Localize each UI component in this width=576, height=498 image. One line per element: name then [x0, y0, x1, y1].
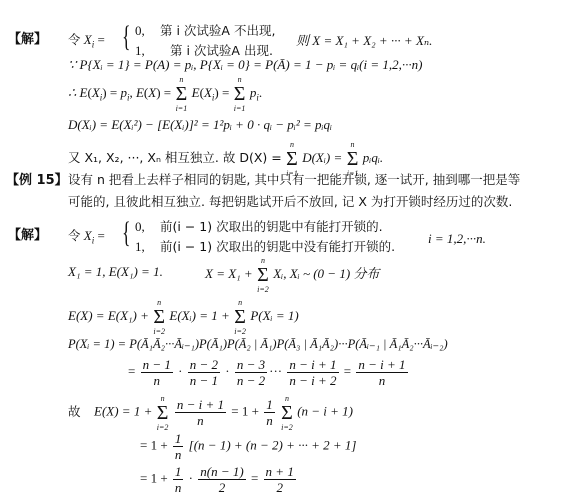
sum-symbol: nΣi=2: [156, 403, 170, 423]
sum-symbol: nΣi=1: [285, 149, 299, 169]
example-text-line1: 设有 n 把看上去样子相同的钥匙, 其中只有一把能开锁, 逐一试开, 抽到哪一把…: [68, 174, 520, 187]
expectation-line: ∴ E(Xi) = pi, E(X) = nΣi=1 E(Xi) = nΣi=1…: [68, 84, 262, 104]
fraction: n − 3n − 2: [235, 358, 267, 387]
result-term: pᵢqᵢ.: [363, 150, 383, 165]
let-word: 令: [68, 228, 81, 243]
case-1: 1, 前(i − 1) 次取出的钥匙中没有能打开锁的.: [135, 240, 395, 254]
case-value: 0,: [135, 23, 145, 38]
final-expectation-line1: E(X) = 1 + nΣi=2 n − i + 1n = 1 + 1n nΣi…: [94, 398, 353, 427]
sum-symbol: nΣi=2: [256, 265, 270, 285]
equals-one-plus: = 1 +: [140, 437, 168, 452]
case-text: 前(i − 1) 次取出的钥匙中没有能打开锁的.: [160, 239, 395, 254]
arithmetic-series: [(n − 1) + (n − 2) + ··· + 2 + 1]: [189, 437, 357, 452]
fraction: n − i + 1n: [175, 398, 226, 427]
case-value: 1,: [135, 43, 145, 58]
sum-symbol: nΣi=1: [346, 149, 360, 169]
let-word: 令: [68, 32, 81, 47]
therefore-word: 故: [68, 406, 81, 419]
probability-chain: P(Xᵢ = 1) = P(Ā₁Ā₂···Āᵢ₋₁)P(Ā₁)P(Ā₂ | Ā₁…: [68, 338, 448, 351]
independence-text: 又 X₁, X₂, ···, Xₙ 相互独立. 故 D(X) =: [68, 150, 282, 165]
fraction-chain: = n − 1n · n − 2n − 1 · n − 3n − 2··· n …: [128, 358, 410, 387]
example-text-line2: 可能的, 且彼此相互独立. 每把钥匙试开后不放回, 记 X 为打开锁时经历过的次…: [68, 196, 512, 209]
case-value: 1,: [135, 239, 145, 254]
final-expectation-line2: = 1 + 1n [(n − 1) + (n − 2) + ··· + 2 + …: [140, 432, 357, 461]
sum-symbol: nΣi=1: [233, 84, 247, 104]
sum-definition: 则 X = X₁ + X₂ + ··· + Xₙ.: [296, 34, 432, 47]
case-text: 前(i − 1) 次取出的钥匙中有能打开锁的.: [160, 219, 383, 234]
case-0: 0, 第 i 次试验A 不出现,: [135, 24, 275, 38]
fraction: n − i + 1n − i + 2: [287, 358, 338, 387]
fraction: n − 1n: [141, 358, 173, 387]
variance-line: D(Xᵢ) = E(Xᵢ²) − [E(Xᵢ)]² = 1²pᵢ + 0 · q…: [68, 118, 332, 131]
equals-one-plus: = 1 +: [140, 470, 168, 485]
sum-symbol: nΣi=2: [233, 307, 247, 327]
ex-line: E(X) = E(X₁) + nΣi=2 E(Xᵢ) = 1 + nΣi=2 P…: [68, 307, 299, 327]
fraction: 1n: [173, 432, 184, 461]
let-xi: 令 Xi =: [68, 33, 105, 47]
index-range: i = 1,2,···n.: [428, 232, 486, 245]
total-variance-line: 又 X₁, X₂, ···, Xₙ 相互独立. 故 D(X) = nΣi=1 D…: [68, 149, 383, 169]
example-label: 【例 15】: [6, 174, 68, 187]
ex-part2: E(Xᵢ) = 1 +: [169, 308, 229, 323]
case-text: 第 i 次试验A 出现.: [170, 43, 273, 58]
case-0: 0, 前(i − 1) 次取出的钥匙中有能打开锁的.: [135, 220, 383, 234]
ex-start: E(X) = 1 +: [94, 403, 152, 418]
brace: {: [122, 218, 131, 248]
sum-symbol: nΣi=2: [280, 403, 294, 423]
case-1: 1, 第 i 次试验A 出现.: [135, 44, 273, 58]
fraction: n + 12: [264, 465, 296, 494]
x-sum: X = X₁ +: [205, 266, 253, 281]
case-value: 0,: [135, 219, 145, 234]
fraction: 1n: [264, 398, 275, 427]
sum-symbol: nΣi=2: [152, 307, 166, 327]
ex-part3: P(Xᵢ = 1): [250, 308, 298, 323]
equals-one-plus: = 1 +: [231, 403, 259, 418]
fraction: n − i + 1n: [356, 358, 407, 387]
x-decomposition: X = X₁ + nΣi=2 Xᵢ, Xᵢ ~ (0 − 1) 分布: [205, 265, 379, 285]
fraction: 1n: [173, 465, 184, 494]
fraction: n(n − 1)2: [198, 465, 245, 494]
let-xi: 令 Xi =: [68, 229, 105, 243]
first-key-line: X₁ = 1, E(X₁) = 1.: [68, 265, 163, 278]
fraction: n − 2n − 1: [188, 358, 220, 387]
ex-part1: E(X) = E(X₁) +: [68, 308, 149, 323]
solution-label: 【解】: [8, 33, 47, 46]
sum-symbol: nΣi=1: [174, 84, 188, 104]
solution-label: 【解】: [8, 229, 47, 242]
probability-line: ∵ P{Xᵢ = 1} = P(A) = pᵢ, P{Xᵢ = 0} = P(Ā…: [68, 58, 422, 71]
case-text: 第 i 次试验A 不出现,: [160, 23, 275, 38]
variance-term: D(Xᵢ) =: [302, 150, 342, 165]
distribution-text: Xᵢ, Xᵢ ~ (0 − 1) 分布: [273, 266, 379, 281]
brace: {: [122, 22, 131, 52]
summand: (n − i + 1): [297, 403, 353, 418]
final-expectation-line3: = 1 + 1n · n(n − 1)2 = n + 12: [140, 465, 298, 494]
